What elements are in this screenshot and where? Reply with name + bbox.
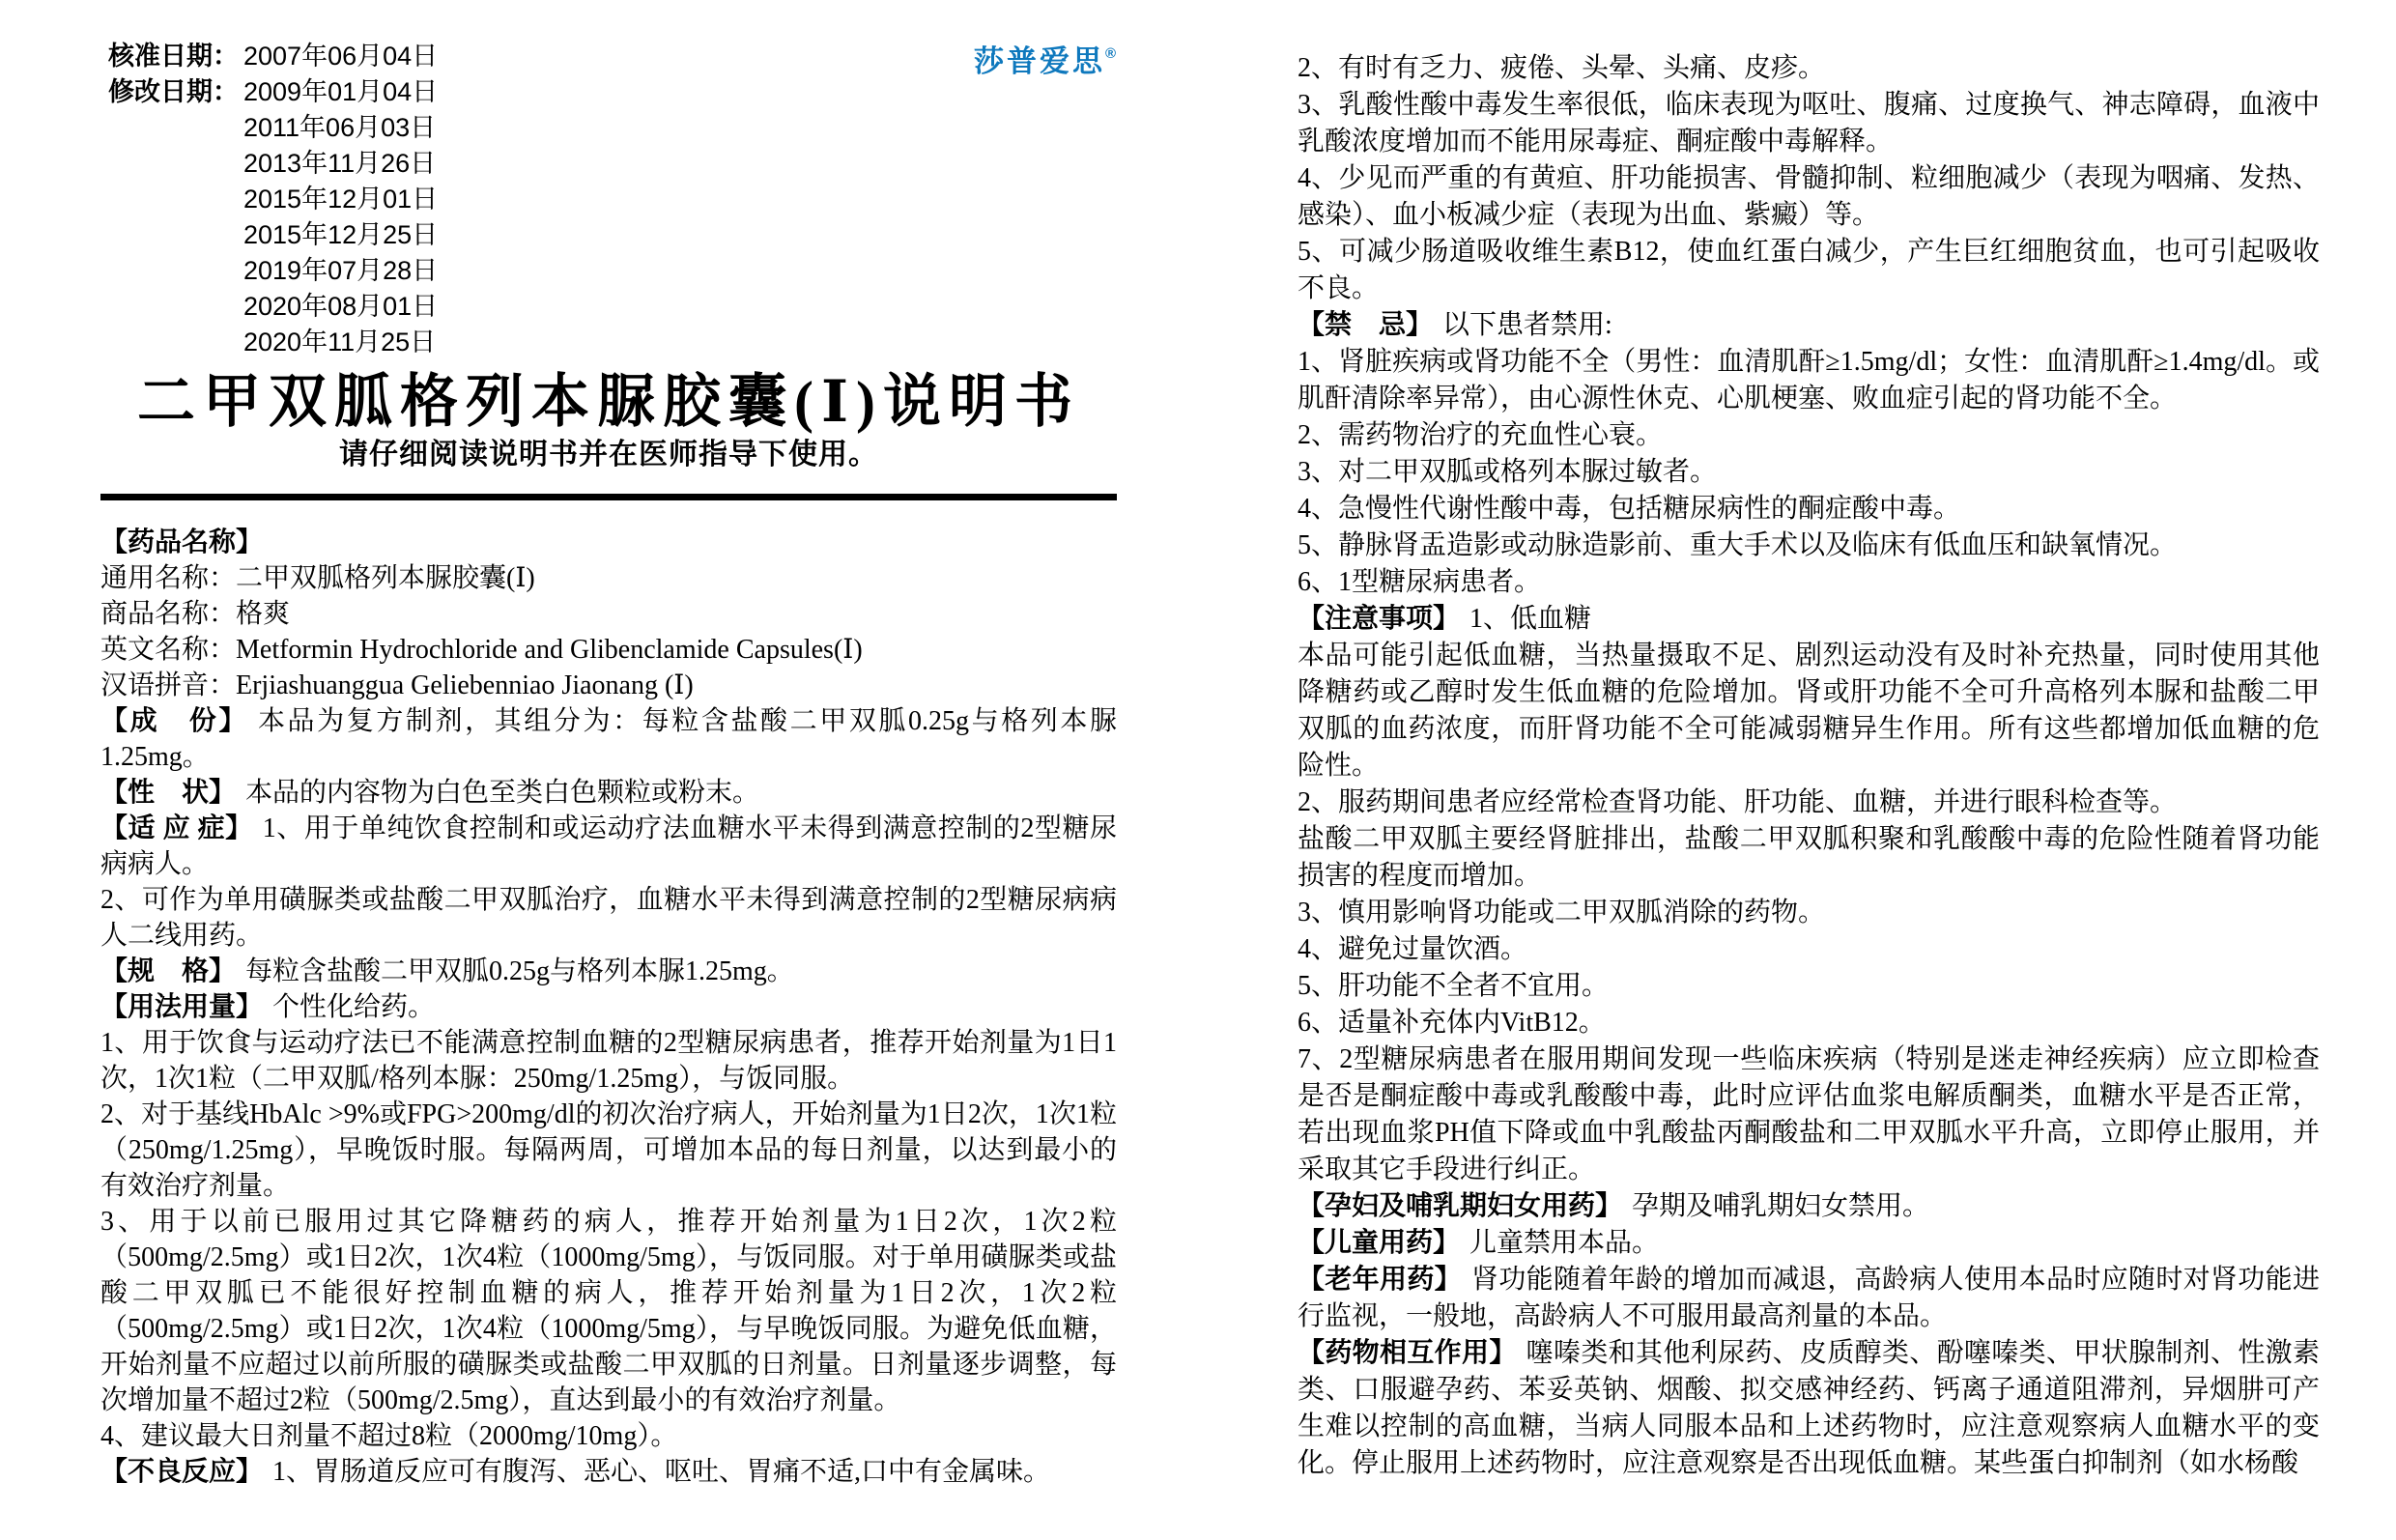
section-label: 【不良反应】 <box>100 1457 263 1487</box>
paragraph-text: 2、服药期间患者应经常检查肾功能、肝功能、血糖，并进行眼科检查等。 <box>1298 787 2177 817</box>
paragraph-text: 英文名称：Metformin Hydrochloride and Glibenc… <box>100 635 863 665</box>
section-label: 【规 格】 <box>100 956 236 986</box>
dates-block: 核准日期：2007年06月04日修改日期：2009年01月04日2011年06月… <box>108 39 1117 360</box>
paragraph: 【药品名称】 <box>100 525 1117 560</box>
paragraph-text: 5、可减少肠道吸收维生素B12，使血红蛋白减少，产生巨红细胞贫血，也可引起吸收不… <box>1298 237 2320 303</box>
leaflet-page: 莎普爱思® 核准日期：2007年06月04日修改日期：2009年01月04日20… <box>0 0 2396 1540</box>
paragraph-text: 6、适量补充体内VitB12。 <box>1298 1008 1606 1038</box>
paragraph-text: 5、静脉肾盂造影或动脉造影前、重大手术以及临床有低血压和缺氧情况。 <box>1298 530 2177 560</box>
right-column: 2、有时有乏力、疲倦、头晕、头痛、皮疹。3、乳酸性酸中毒发生率很低，临床表现为呕… <box>1298 50 2320 1482</box>
divider-rule <box>100 494 1117 500</box>
date-row: 2020年08月01日 <box>108 289 1117 325</box>
paragraph: 【注意事项】1、低血糖 <box>1298 601 2320 638</box>
date-value: 2015年12月25日 <box>243 217 438 253</box>
paragraph-text: 汉语拼音：Erjiashuanggua Geliebenniao Jiaonan… <box>100 670 694 700</box>
paragraph-text: 4、建议最大日剂量不超过8粒（2000mg/10mg）。 <box>100 1421 677 1451</box>
paragraph: 2、可作为单用磺脲类或盐酸二甲双胍治疗，血糖水平未得到满意控制的2型糖尿病病人二… <box>100 882 1117 954</box>
date-label: 修改日期： <box>108 74 243 110</box>
paragraph-text: 本品的内容物为白色至类白色颗粒或粉末。 <box>245 778 759 808</box>
section-label: 【用法用量】 <box>100 992 263 1022</box>
paragraph: 【性 状】本品的内容物为白色至类白色颗粒或粉末。 <box>100 775 1117 811</box>
date-value: 2015年12月01日 <box>243 182 438 217</box>
paragraph: 本品可能引起低血糖，当热量摄取不足、剧烈运动没有及时补充热量，同时使用其他降糖药… <box>1298 638 2320 784</box>
paragraph: 盐酸二甲双胍主要经肾脏排出，盐酸二甲双胍积聚和乳酸酸中毒的危险性随着肾功能损害的… <box>1298 821 2320 895</box>
paragraph: 【老年用药】肾功能随着年龄的增加而减退，高龄病人使用本品时应随时对肾功能进行监视… <box>1298 1262 2320 1335</box>
date-row: 2015年12月25日 <box>108 217 1117 253</box>
date-row: 2011年06月03日 <box>108 110 1117 146</box>
paragraph: 1、用于饮食与运动疗法已不能满意控制血糖的2型糖尿病患者，推荐开始剂量为1日1次… <box>100 1025 1117 1097</box>
paragraph: 5、可减少肠道吸收维生素B12，使血红蛋白减少，产生巨红细胞贫血，也可引起吸收不… <box>1298 234 2320 307</box>
date-row: 核准日期：2007年06月04日 <box>108 39 1117 74</box>
paragraph-text: 1、胃肠道反应可有腹泻、恶心、呕吐、胃痛不适,口中有金属味。 <box>272 1457 1050 1487</box>
paragraph-text: 个性化给药。 <box>272 992 435 1022</box>
paragraph-text: 2、需药物治疗的充血性心衰。 <box>1298 420 1663 450</box>
paragraph-text: 4、避免过量饮酒。 <box>1298 934 1527 964</box>
date-label <box>108 289 243 325</box>
paragraph-text: 3、用于以前已服用过其它降糖药的病人，推荐开始剂量为1日2次，1次2粒（500m… <box>100 1207 1117 1415</box>
paragraph: 2、服药期间患者应经常检查肾功能、肝功能、血糖，并进行眼科检查等。 <box>1298 784 2320 821</box>
paragraph: 英文名称：Metformin Hydrochloride and Glibenc… <box>100 632 1117 668</box>
date-label <box>108 325 243 360</box>
paragraph-text: 2、有时有乏力、疲倦、头晕、头痛、皮疹。 <box>1298 53 1825 83</box>
date-label <box>108 253 243 289</box>
paragraph: 6、适量补充体内VitB12。 <box>1298 1005 2320 1041</box>
date-value: 2011年06月03日 <box>243 110 436 146</box>
section-label: 【药物相互作用】 <box>1298 1338 1517 1368</box>
paragraph-text: 1、低血糖 <box>1469 604 1591 634</box>
paragraph: 【禁 忌】以下患者禁用: <box>1298 307 2320 344</box>
paragraph: 【适 应 症】1、用于单纯饮食控制和或运动疗法血糖水平未得到满意控制的2型糖尿病… <box>100 811 1117 882</box>
paragraph: 3、慎用影响肾功能或二甲双胍消除的药物。 <box>1298 895 2320 931</box>
section-label: 【成 份】 <box>100 706 248 736</box>
paragraph: 【成 份】本品为复方制剂，其组分为：每粒含盐酸二甲双胍0.25g与格列本脲1.2… <box>100 703 1117 775</box>
paragraph: 汉语拼音：Erjiashuanggua Geliebenniao Jiaonan… <box>100 668 1117 703</box>
date-value: 2020年08月01日 <box>243 289 438 325</box>
date-label <box>108 217 243 253</box>
paragraph-text: 本品为复方制剂，其组分为：每粒含盐酸二甲双胍0.25g与格列本脲1.25mg。 <box>100 706 1117 772</box>
date-row: 2019年07月28日 <box>108 253 1117 289</box>
paragraph-text: 本品可能引起低血糖，当热量摄取不足、剧烈运动没有及时补充热量，同时使用其他降糖药… <box>1298 641 2320 781</box>
date-row: 修改日期：2009年01月04日 <box>108 74 1117 110</box>
date-value: 2009年01月04日 <box>243 74 438 110</box>
paragraph: 2、有时有乏力、疲倦、头晕、头痛、皮疹。 <box>1298 50 2320 87</box>
paragraph-text: 5、肝功能不全者不宜用。 <box>1298 971 1609 1001</box>
right-paragraphs: 2、有时有乏力、疲倦、头晕、头痛、皮疹。3、乳酸性酸中毒发生率很低，临床表现为呕… <box>1298 50 2320 1482</box>
section-label: 【老年用药】 <box>1298 1265 1462 1295</box>
paragraph-text: 通用名称：二甲双胍格列本脲胶囊(Ⅰ) <box>100 563 535 593</box>
paragraph: 商品名称：格爽 <box>100 596 1117 632</box>
paragraph: 【儿童用药】儿童禁用本品。 <box>1298 1225 2320 1262</box>
paragraph-text: 2、可作为单用磺脲类或盐酸二甲双胍治疗，血糖水平未得到满意控制的2型糖尿病病人二… <box>100 885 1117 951</box>
paragraph-text: 6、1型糖尿病患者。 <box>1298 567 1541 597</box>
paragraph: 3、乳酸性酸中毒发生率很低，临床表现为呕吐、腹痛、过度换气、神志障碍，血液中乳酸… <box>1298 87 2320 160</box>
section-label: 【药品名称】 <box>100 528 263 557</box>
date-value: 2013年11月26日 <box>243 146 436 182</box>
paragraph-text: 每粒含盐酸二甲双胍0.25g与格列本脲1.25mg。 <box>245 956 794 986</box>
date-label: 核准日期： <box>108 39 243 74</box>
paragraph-text: 3、乳酸性酸中毒发生率很低，临床表现为呕吐、腹痛、过度换气、神志障碍，血液中乳酸… <box>1298 90 2320 157</box>
paragraph-text: 孕期及哺乳期妇女禁用。 <box>1632 1191 1929 1221</box>
paragraph: 【孕妇及哺乳期妇女用药】孕期及哺乳期妇女禁用。 <box>1298 1188 2320 1225</box>
paragraph: 3、对二甲双胍或格列本脲过敏者。 <box>1298 454 2320 491</box>
paragraph: 7、2型糖尿病患者在服用期间发现一些临床疾病（特别是迷走神经疾病）应立即检查是否… <box>1298 1041 2320 1188</box>
paragraph: 【不良反应】1、胃肠道反应可有腹泻、恶心、呕吐、胃痛不适,口中有金属味。 <box>100 1454 1117 1490</box>
section-label: 【注意事项】 <box>1298 604 1460 634</box>
paragraph: 【用法用量】个性化给药。 <box>100 989 1117 1025</box>
paragraph: 通用名称：二甲双胍格列本脲胶囊(Ⅰ) <box>100 560 1117 596</box>
paragraph-text: 1、用于饮食与运动疗法已不能满意控制血糖的2型糖尿病患者，推荐开始剂量为1日1次… <box>100 1028 1117 1094</box>
date-value: 2020年11月25日 <box>243 325 436 360</box>
date-label <box>108 146 243 182</box>
date-label <box>108 182 243 217</box>
paragraph-text: 以下患者禁用: <box>1442 310 1612 340</box>
paragraph-text: 4、急慢性代谢性酸中毒，包括糖尿病性的酮症酸中毒。 <box>1298 494 1960 524</box>
paragraph-text: 1、肾脏疾病或肾功能不全（男性：血清肌酐≥1.5mg/dl；女性：血清肌酐≥1.… <box>1298 347 2320 414</box>
section-label: 【性 状】 <box>100 778 236 808</box>
date-label <box>108 110 243 146</box>
section-label: 【儿童用药】 <box>1298 1228 1460 1258</box>
paragraph: 4、建议最大日剂量不超过8粒（2000mg/10mg）。 <box>100 1418 1117 1454</box>
date-row: 2015年12月01日 <box>108 182 1117 217</box>
paragraph: 2、需药物治疗的充血性心衰。 <box>1298 417 2320 454</box>
paragraph-text: 7、2型糖尿病患者在服用期间发现一些临床疾病（特别是迷走神经疾病）应立即检查是否… <box>1298 1044 2320 1184</box>
paragraph: 【药物相互作用】噻嗪类和其他利尿药、皮质醇类、酚噻嗪类、甲状腺制剂、性激素类、口… <box>1298 1335 2320 1482</box>
left-paragraphs: 【药品名称】通用名称：二甲双胍格列本脲胶囊(Ⅰ)商品名称：格爽英文名称：Metf… <box>100 525 1117 1490</box>
left-column: 核准日期：2007年06月04日修改日期：2009年01月04日2011年06月… <box>100 39 1117 1490</box>
paragraph-text: 商品名称：格爽 <box>100 599 290 629</box>
section-label: 【孕妇及哺乳期妇女用药】 <box>1298 1191 1622 1221</box>
page-title: 二甲双胍格列本脲胶囊(Ⅰ)说明书 <box>100 370 1117 434</box>
page-subtitle: 请仔细阅读说明书并在医师指导下使用。 <box>100 438 1117 472</box>
paragraph: 4、少见而严重的有黄疸、肝功能损害、骨髓抑制、粒细胞减少（表现为咽痛、发热、感染… <box>1298 160 2320 234</box>
paragraph: 5、静脉肾盂造影或动脉造影前、重大手术以及临床有低血压和缺氧情况。 <box>1298 528 2320 564</box>
date-row: 2013年11月26日 <box>108 146 1117 182</box>
paragraph-text: 3、慎用影响肾功能或二甲双胍消除的药物。 <box>1298 898 1825 927</box>
paragraph-text: 盐酸二甲双胍主要经肾脏排出，盐酸二甲双胍积聚和乳酸酸中毒的危险性随着肾功能损害的… <box>1298 824 2320 891</box>
paragraph: 3、用于以前已服用过其它降糖药的病人，推荐开始剂量为1日2次，1次2粒（500m… <box>100 1204 1117 1418</box>
paragraph: 5、肝功能不全者不宜用。 <box>1298 968 2320 1005</box>
paragraph: 6、1型糖尿病患者。 <box>1298 564 2320 601</box>
date-value: 2019年07月28日 <box>243 253 438 289</box>
paragraph-text: 儿童禁用本品。 <box>1469 1228 1659 1258</box>
paragraph: 1、肾脏疾病或肾功能不全（男性：血清肌酐≥1.5mg/dl；女性：血清肌酐≥1.… <box>1298 344 2320 417</box>
paragraph: 2、对于基线HbAlc >9%或FPG>200mg/dl的初次治疗病人，开始剂量… <box>100 1097 1117 1204</box>
date-row: 2020年11月25日 <box>108 325 1117 360</box>
paragraph-text: 3、对二甲双胍或格列本脲过敏者。 <box>1298 457 1717 487</box>
paragraph: 【规 格】每粒含盐酸二甲双胍0.25g与格列本脲1.25mg。 <box>100 954 1117 989</box>
paragraph-text: 2、对于基线HbAlc >9%或FPG>200mg/dl的初次治疗病人，开始剂量… <box>100 1099 1117 1201</box>
date-value: 2007年06月04日 <box>243 39 438 74</box>
paragraph: 4、急慢性代谢性酸中毒，包括糖尿病性的酮症酸中毒。 <box>1298 491 2320 528</box>
section-label: 【适 应 症】 <box>100 813 253 843</box>
paragraph: 4、避免过量饮酒。 <box>1298 931 2320 968</box>
section-label: 【禁 忌】 <box>1298 310 1433 340</box>
paragraph-text: 4、少见而严重的有黄疸、肝功能损害、骨髓抑制、粒细胞减少（表现为咽痛、发热、感染… <box>1298 163 2320 230</box>
